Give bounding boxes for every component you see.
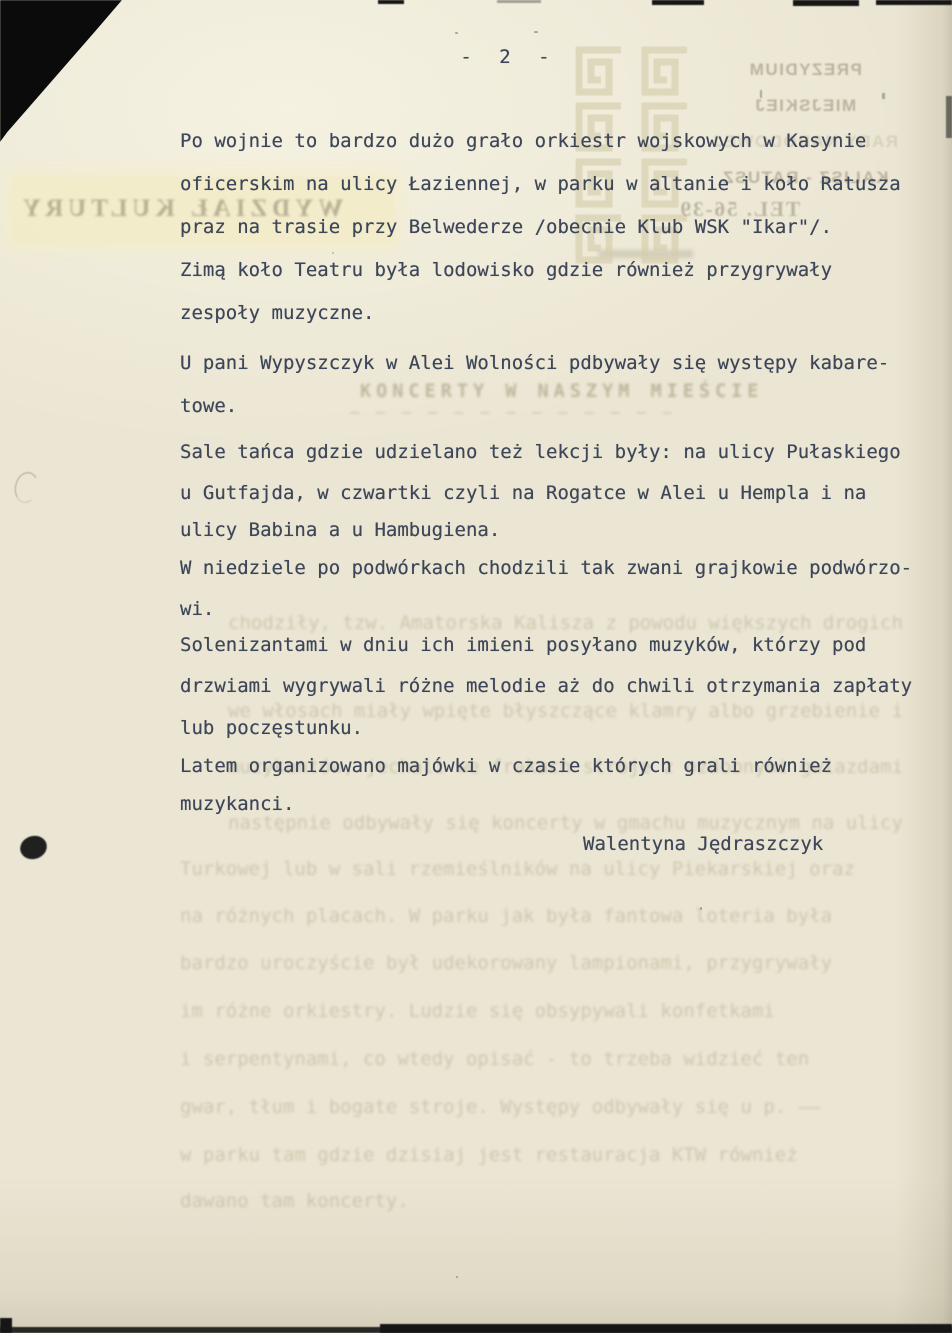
typed-line: ulicy Babina a u Hambugiena. (180, 519, 500, 541)
typed-line: towe. (180, 395, 237, 417)
scan-edge-mark (876, 0, 952, 5)
scan-edge-mark (793, 0, 859, 6)
typed-line: Solenizantami w dniu ich imieni posyłano… (180, 634, 866, 656)
typed-line: oficerskim na ulicy Łaziennej, w parku w… (180, 173, 901, 195)
typed-line: praz na trasie przy Belwederze /obecnie … (180, 216, 832, 238)
scan-edge-mark (652, 0, 704, 5)
typed-line: lub poczęstunku. (180, 717, 363, 739)
signature-name: Walentyna Jędraszczyk (583, 833, 823, 855)
bleedthrough-line: w parku tam gdzie dzisiaj jest restaurac… (180, 1144, 798, 1166)
bleedthrough-line: Turkowej lub w sali rzemieślników na uli… (180, 858, 855, 880)
bleedthrough-line: gwar, tłum i bogate stroje. Występy odby… (180, 1096, 821, 1118)
paper-speck (455, 32, 458, 34)
typed-line: zespoły muzyczne. (180, 302, 374, 324)
typed-line: Sale tańca gdzie udzielano też lekcji by… (180, 441, 901, 463)
bleedthrough-heading: KONCERTY W NASZYM MIEŚCIE (360, 381, 763, 402)
scan-edge-mark (497, 0, 541, 3)
bleedthrough-line: na różnych placach. W parku jak była fan… (180, 905, 832, 927)
bleedthrough-line: chodziły, tzw. Amatorska Kalisza z powod… (228, 612, 903, 634)
typed-line: U pani Wypyszczyk w Alei Wolności pdbywa… (180, 352, 889, 374)
pencil-mark (12, 470, 41, 505)
scan-edge-mark (0, 1318, 12, 1333)
scanned-document-page: PREZYDIUM MIEJSKIEJRADY NARODOWEJKALISZ … (0, 0, 952, 1333)
bleedthrough-meander-logo (563, 42, 701, 274)
typed-line: drzwiami wygrywali różne melodie aż do c… (180, 675, 912, 697)
scan-edge-mark (378, 0, 404, 4)
typed-line: Zimą koło Teatru była lodowisko gdzie ró… (180, 259, 832, 281)
scan-edge-mark (946, 96, 952, 138)
bleedthrough-line: bardzo uroczyście był udekorowany lampio… (180, 952, 832, 974)
paper-speck (534, 31, 538, 33)
paper-speck (456, 1276, 458, 1278)
typed-line: muzykanci. (180, 793, 294, 815)
typed-line: u Gutfajda, w czwartki czyli na Rogatce … (180, 482, 866, 504)
bleedthrough-line: dawano tam koncerty. (180, 1190, 409, 1212)
stamp-line: PREZYDIUM MIEJSKIEJ (698, 52, 912, 124)
bleedthrough-line: i serpentynami, co wtedy opisać - to trz… (180, 1048, 809, 1070)
scan-corner-black-triangle (0, 0, 122, 142)
ink-blot-dot (17, 832, 50, 862)
typed-line: Po wojnie to bardzo dużo grało orkiestr … (180, 130, 866, 152)
bleedthrough-heading-underline: – – – – – – – – – – – – – (350, 403, 676, 421)
page-number: - 2 - (450, 46, 560, 68)
paper-speck (332, 252, 334, 254)
typed-line: W niedziele po podwórkach chodzili tak z… (180, 557, 912, 579)
typed-line: Latem organizowano majówki w czasie któr… (180, 755, 832, 777)
typed-line: wi. (180, 598, 214, 620)
bleedthrough-line: im różne orkiestry. Ludzie się obsypywal… (180, 1000, 775, 1022)
scan-edge-bottom-strip (380, 1324, 952, 1333)
bleedthrough-line: następnie odbywały się koncerty w gmachu… (228, 812, 903, 834)
